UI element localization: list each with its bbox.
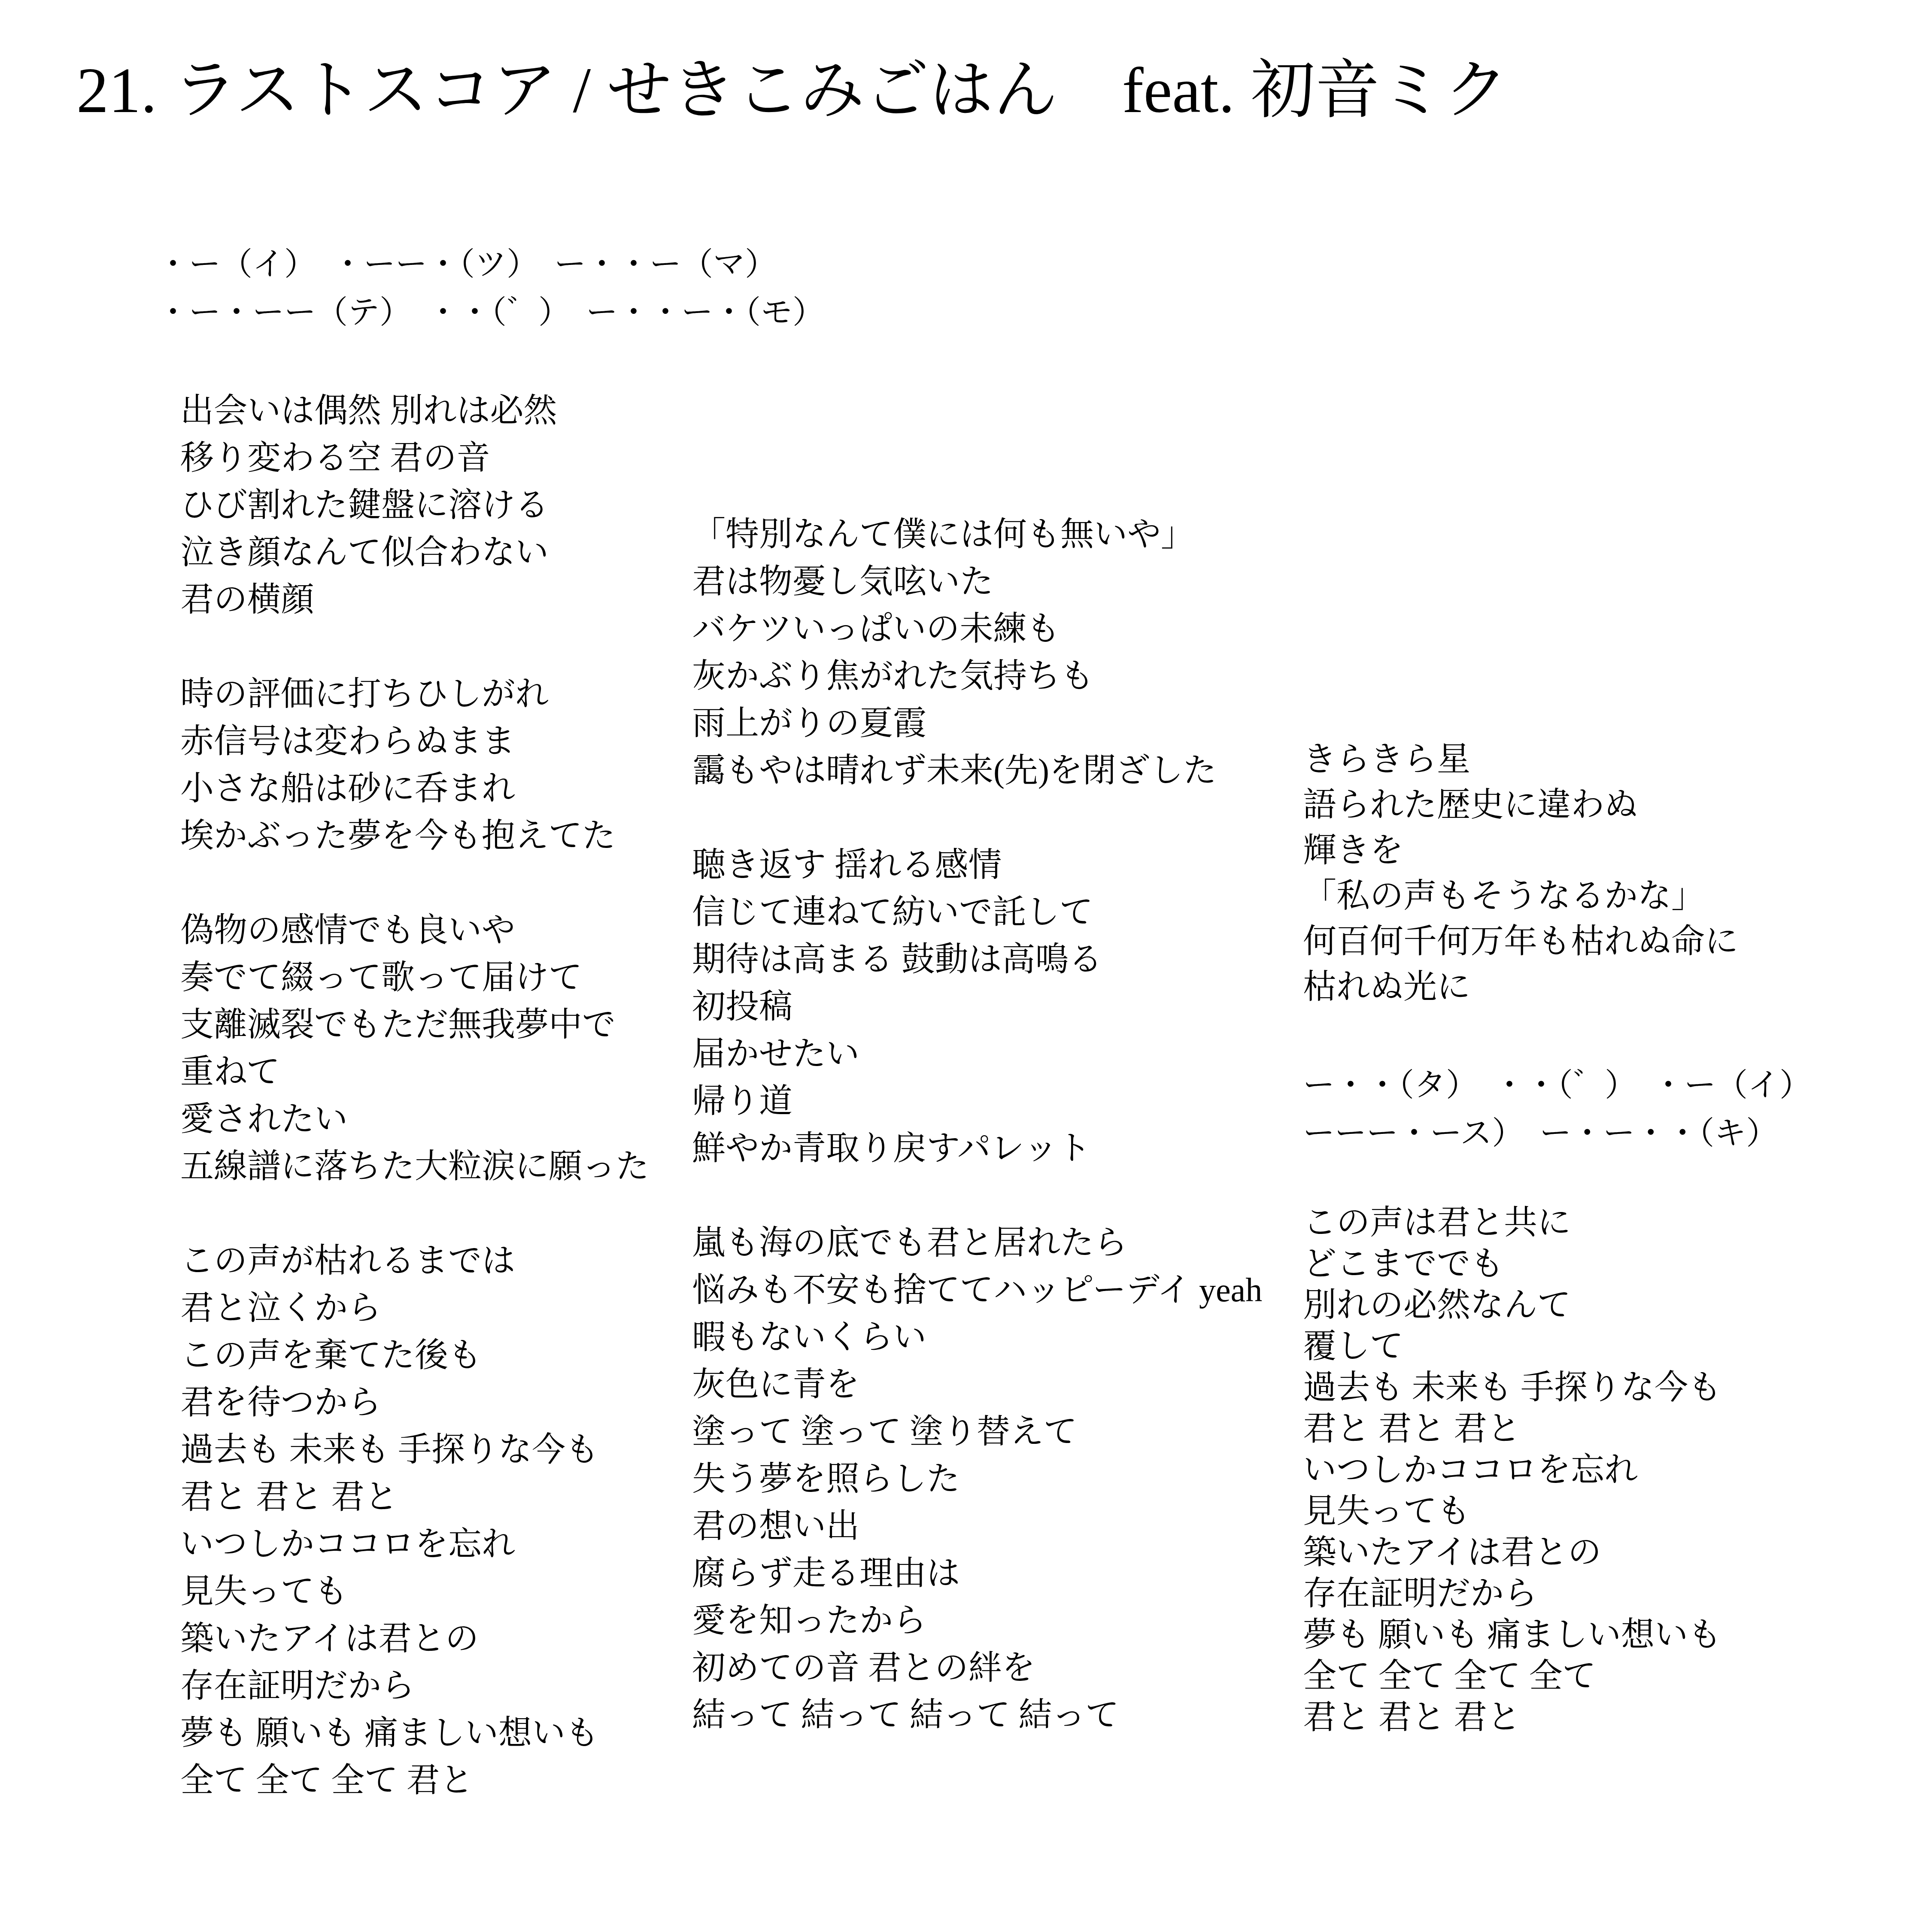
lyric-line: 君を待つから xyxy=(180,1379,649,1426)
lyric-line: 別れの必然なんて xyxy=(1303,1285,1722,1326)
lyric-line: 移り変わる空 君の音 xyxy=(180,434,649,482)
lyric-line: 夢も 願いも 痛ましい想いも xyxy=(1303,1614,1722,1656)
morse-line: ー・・（タ） ・・（゛） ・ー（イ） xyxy=(1303,1061,1811,1109)
lyric-line: バケツいっぱいの未練も xyxy=(692,605,1262,653)
lyric-line: この声を棄てた後も xyxy=(180,1332,649,1379)
lyric-line: 夢も 願いも 痛ましい想いも xyxy=(180,1710,649,1757)
lyric-line: 築いたアイは君との xyxy=(1303,1532,1722,1573)
lyric-line: きらきら星 xyxy=(1303,737,1738,782)
lyric-line: 出会いは偶然 別れは必然 xyxy=(180,387,649,434)
page-title: 21. ラストスコア / せきこみごはん feat. 初音ミク xyxy=(76,51,1508,131)
morse-header: ・ー（イ） ・ーー・（ツ） ー・・ー（マ）・ー・ーー（テ） ・・（゛） ー・・ー… xyxy=(157,240,824,337)
lyrics-column-left: 出会いは偶然 別れは必然移り変わる空 君の音ひび割れた鍵盤に溶ける泣き顔なんて似… xyxy=(180,387,649,1851)
lyric-line: 重ねて xyxy=(180,1048,649,1096)
stanza: 聴き返す 揺れる感情信じて連ねて紡いで託して期待は高まる 鼓動は高鳴る初投稿届か… xyxy=(692,841,1262,1172)
lyrics-column-right-bottom: この声は君と共にどこまででも別れの必然なんて覆して過去も 未来も 手探りな今も君… xyxy=(1303,1202,1722,1738)
lyric-line: 信じて連ねて紡いで託して xyxy=(692,889,1262,936)
lyric-line: 君と 君と 君と xyxy=(180,1473,649,1521)
lyric-line: 帰り道 xyxy=(692,1078,1262,1125)
lyric-line: 期待は高まる 鼓動は高鳴る xyxy=(692,936,1262,983)
lyric-line: 存在証明だから xyxy=(180,1662,649,1710)
lyric-line: 嵐も海の底でも君と居れたら xyxy=(692,1219,1262,1267)
lyric-line: 埃かぶった夢を今も抱えてた xyxy=(180,812,649,860)
lyric-line: 君と 君と 君と xyxy=(1303,1408,1722,1449)
lyric-line: この声は君と共に xyxy=(1303,1202,1722,1243)
lyric-line: いつしかココロを忘れ xyxy=(180,1521,649,1568)
lyric-line: 過去も 未来も 手探りな今も xyxy=(1303,1367,1722,1408)
lyric-line: 「私の声もそうなるかな」 xyxy=(1303,873,1738,919)
lyric-line: 輝きを xyxy=(1303,828,1738,873)
lyric-line: 暇もないくらい xyxy=(692,1314,1262,1361)
lyric-line: 愛を知ったから xyxy=(692,1597,1262,1644)
lyric-line: 語られた歴史に違わぬ xyxy=(1303,782,1738,828)
lyric-line: 「特別なんて僕には何も無いや」 xyxy=(692,511,1262,558)
lyric-line: 届かせたい xyxy=(692,1030,1262,1078)
lyric-line: 君と泣くから xyxy=(180,1285,649,1332)
lyric-line: 失う夢を照らした xyxy=(692,1455,1262,1503)
stanza: 「特別なんて僕には何も無いや」君は物憂し気呟いたバケツいっぱいの未練も灰かぶり焦… xyxy=(692,511,1262,794)
lyric-line: 赤信号は変わらぬまま xyxy=(180,718,649,765)
lyric-line: 聴き返す 揺れる感情 xyxy=(692,841,1262,889)
morse-line: ・ー（イ） ・ーー・（ツ） ー・・ー（マ） xyxy=(157,240,824,289)
lyric-line: 君の想い出 xyxy=(692,1503,1262,1550)
lyric-line: 奏でて綴って歌って届けて xyxy=(180,954,649,1001)
stanza: 嵐も海の底でも君と居れたら悩みも不安も捨ててハッピーデイ yeah暇もないくらい… xyxy=(692,1219,1262,1739)
lyric-line: 灰かぶり焦がれた気持ちも xyxy=(692,653,1262,700)
lyric-line: 愛されたい xyxy=(180,1096,649,1143)
morse-line: ーーー・ース） ー・ー・・（キ） xyxy=(1303,1109,1811,1157)
stanza: 時の評価に打ちひしがれ赤信号は変わらぬまま小さな船は砂に呑まれ埃かぶった夢を今も… xyxy=(180,671,649,860)
lyric-line: 雨上がりの夏霞 xyxy=(692,700,1262,747)
lyric-line: 鮮やか青取り戻すパレット xyxy=(692,1125,1262,1172)
lyric-line: 悩みも不安も捨ててハッピーデイ yeah xyxy=(692,1267,1262,1314)
lyric-line: 君は物憂し気呟いた xyxy=(692,558,1262,605)
morse-line: ・ー・ーー（テ） ・・（゛） ー・・ー・（モ） xyxy=(157,289,824,337)
lyric-line: 塗って 塗って 塗り替えて xyxy=(692,1408,1262,1455)
lyric-line: 過去も 未来も 手探りな今も xyxy=(180,1426,649,1473)
lyric-line: 築いたアイは君との xyxy=(180,1615,649,1662)
lyric-line: 泣き顔なんて似合わない xyxy=(180,529,649,576)
lyric-line: 全て 全て 全て 全て xyxy=(1303,1656,1722,1697)
lyric-line: 灰色に青を xyxy=(692,1361,1262,1408)
lyric-line: 支離滅裂でもただ無我夢中で xyxy=(180,1001,649,1048)
lyric-line: 靄もやは晴れず未来(先)を閉ざした xyxy=(692,747,1262,794)
stanza: この声が枯れるまでは君と泣くからこの声を棄てた後も君を待つから過去も 未来も 手… xyxy=(180,1237,649,1804)
lyrics-page: 21. ラストスコア / せきこみごはん feat. 初音ミク ・ー（イ） ・ー… xyxy=(0,0,1928,1932)
stanza: 偽物の感情でも良いや奏でて綴って歌って届けて支離滅裂でもただ無我夢中で重ねて愛さ… xyxy=(180,907,649,1190)
lyric-line: 偽物の感情でも良いや xyxy=(180,907,649,954)
lyric-line: 見失っても xyxy=(1303,1491,1722,1532)
lyric-line: 小さな船は砂に呑まれ xyxy=(180,765,649,812)
lyric-line: ひび割れた鍵盤に溶ける xyxy=(180,482,649,529)
lyrics-column-middle: 「特別なんて僕には何も無いや」君は物憂し気呟いたバケツいっぱいの未練も灰かぶり焦… xyxy=(692,511,1262,1786)
lyric-line: 存在証明だから xyxy=(1303,1573,1722,1614)
lyric-line: 全て 全て 全て 君と xyxy=(180,1757,649,1804)
lyric-line: この声が枯れるまでは xyxy=(180,1237,649,1285)
lyric-line: 五線譜に落ちた大粒涙に願った xyxy=(180,1143,649,1190)
lyric-line: 初めての音 君との絆を xyxy=(692,1644,1262,1692)
lyrics-column-right-top: きらきら星語られた歴史に違わぬ輝きを「私の声もそうなるかな」何百何千何万年も枯れ… xyxy=(1303,737,1738,1010)
lyric-line: 見失っても xyxy=(180,1568,649,1615)
lyric-line: 君と 君と 君と xyxy=(1303,1697,1722,1738)
lyric-line: 何百何千何万年も枯れぬ命に xyxy=(1303,919,1738,964)
lyric-line: 枯れぬ光に xyxy=(1303,964,1738,1010)
lyric-line: 結って 結って 結って 結って xyxy=(692,1692,1262,1739)
lyric-line: 腐らず走る理由は xyxy=(692,1550,1262,1597)
lyric-line: 初投稿 xyxy=(692,983,1262,1030)
stanza: 出会いは偶然 別れは必然移り変わる空 君の音ひび割れた鍵盤に溶ける泣き顔なんて似… xyxy=(180,387,649,623)
lyric-line: 覆して xyxy=(1303,1326,1722,1367)
lyric-line: 時の評価に打ちひしがれ xyxy=(180,671,649,718)
morse-right: ー・・（タ） ・・（゛） ・ー（イ）ーーー・ース） ー・ー・・（キ） xyxy=(1303,1061,1811,1157)
lyric-line: 君の横顔 xyxy=(180,576,649,623)
lyric-line: どこまででも xyxy=(1303,1243,1722,1285)
lyric-line: いつしかココロを忘れ xyxy=(1303,1449,1722,1491)
